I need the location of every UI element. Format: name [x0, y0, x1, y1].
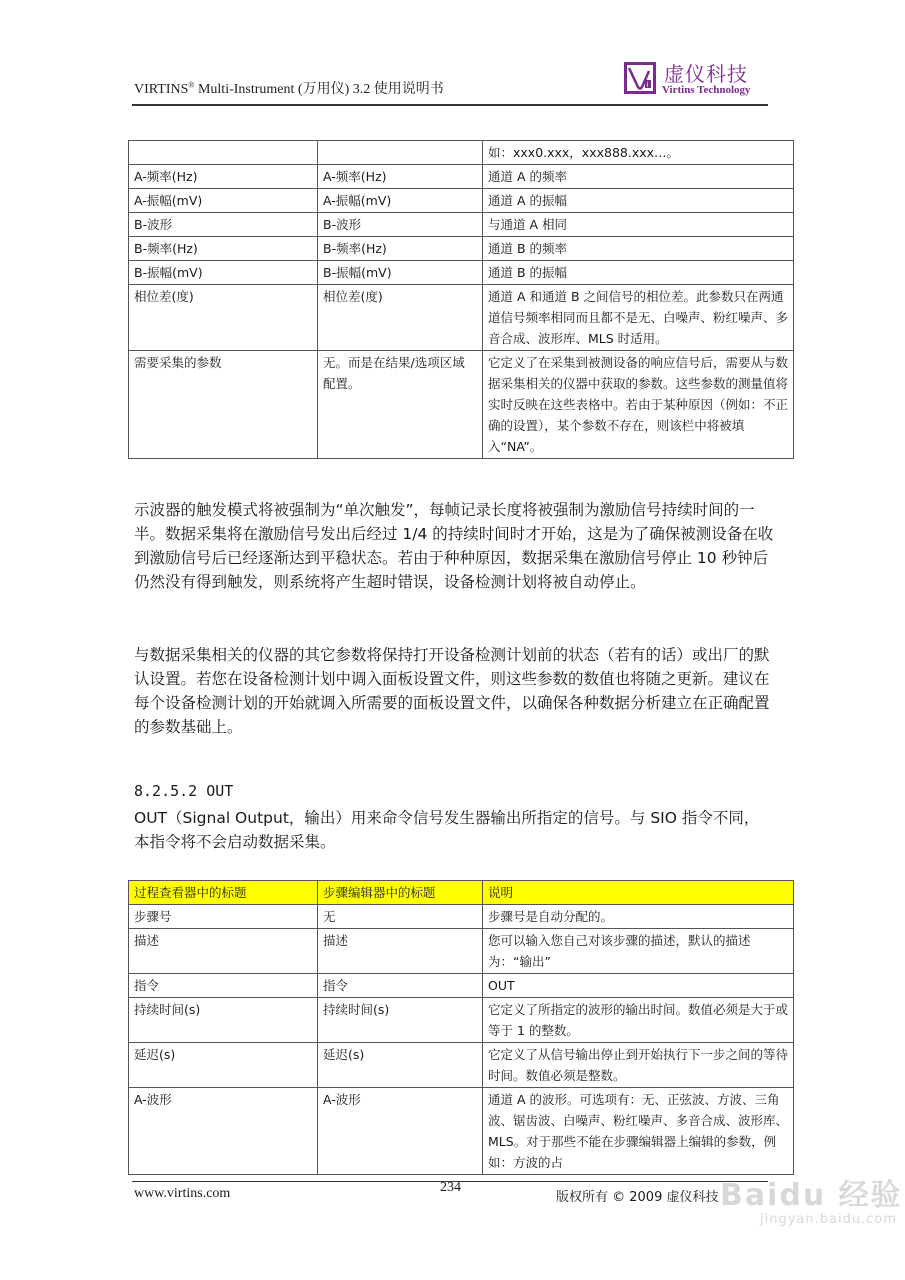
- table-cell: 通道 A 的波形。可选项有：无、正弦波、方波、三角波、锯齿波、白噪声、粉红噪声、…: [483, 1088, 794, 1175]
- watermark-main: Baidu 经验: [720, 1170, 903, 1214]
- table-row: B-振幅(mV)B-振幅(mV)通道 B 的振幅: [129, 261, 794, 285]
- table-cell: 与通道 A 相同: [483, 213, 794, 237]
- table-cell: B-振幅(mV): [129, 261, 318, 285]
- table-row: A-频率(Hz)A-频率(Hz)通道 A 的频率: [129, 165, 794, 189]
- table-cell: 您可以输入您自己对该步骤的描述，默认的描述为：“输出”: [483, 929, 794, 974]
- table-row: 延迟(s)延迟(s)它定义了从信号输出停止到开始执行下一步之间的等待时间。数值必…: [129, 1043, 794, 1088]
- table-row: 描述描述您可以输入您自己对该步骤的描述，默认的描述为：“输出”: [129, 929, 794, 974]
- watermark-sub: jingyan.baidu.com: [760, 1212, 903, 1227]
- table-row: 指令指令OUT: [129, 974, 794, 998]
- company-logo: i 虚仪科技 Virtins Technology: [624, 58, 774, 102]
- table-cell: 通道 B 的振幅: [483, 261, 794, 285]
- table-cell: B-频率(Hz): [129, 237, 318, 261]
- table-cell: 步骤号是自动分配的。: [483, 905, 794, 929]
- paragraph-instrument-params: 与数据采集相关的仪器的其它参数将保持打开设备检测计划前的状态（若有的话）或出厂的…: [134, 643, 774, 739]
- table-cell: A-振幅(mV): [129, 189, 318, 213]
- header-cell: 说明: [483, 881, 794, 905]
- table-cell: [129, 141, 318, 165]
- table-cell: A-振幅(mV): [318, 189, 483, 213]
- table-cell: B-振幅(mV): [318, 261, 483, 285]
- title-brand: VIRTINS: [134, 82, 188, 97]
- table-cell: 需要采集的参数: [129, 351, 318, 459]
- table-cell: 通道 B 的频率: [483, 237, 794, 261]
- table-cell: OUT: [483, 974, 794, 998]
- footer-website: www.virtins.com: [134, 1186, 230, 1202]
- title-rest: Multi-Instrument (万用仪) 3.2 使用说明书: [194, 82, 443, 97]
- table-row: 持续时间(s)持续时间(s)它定义了所指定的波形的输出时间。数值必须是大于或等于…: [129, 998, 794, 1043]
- table-cell: A-频率(Hz): [318, 165, 483, 189]
- table-cell: 通道 A 的频率: [483, 165, 794, 189]
- table-cell: [318, 141, 483, 165]
- table-header-row: 过程查看器中的标题 步骤编辑器中的标题 说明: [129, 881, 794, 905]
- table-cell: 相位差(度): [318, 285, 483, 351]
- table-cell: 延迟(s): [129, 1043, 318, 1088]
- table-cell: 无。而是在结果/选项区域配置。: [318, 351, 483, 459]
- table-cell: 无: [318, 905, 483, 929]
- table-cell: 指令: [318, 974, 483, 998]
- footer-copyright: 版权所有 © 2009 虚仪科技: [556, 1186, 718, 1205]
- table-row: A-波形A-波形通道 A 的波形。可选项有：无、正弦波、方波、三角波、锯齿波、白…: [129, 1088, 794, 1175]
- table-cell: 相位差(度): [129, 285, 318, 351]
- header-cell: 过程查看器中的标题: [129, 881, 318, 905]
- table-cell: B-波形: [318, 213, 483, 237]
- table-row: 如：xxx0.xxx，xxx888.xxx…。: [129, 141, 794, 165]
- table-cell: 持续时间(s): [129, 998, 318, 1043]
- page-number: 234: [440, 1180, 461, 1196]
- svg-text:i: i: [647, 81, 649, 89]
- document-title: VIRTINS® Multi-Instrument (万用仪) 3.2 使用说明…: [134, 78, 444, 98]
- table-cell: 持续时间(s): [318, 998, 483, 1043]
- table-cell: A-波形: [318, 1088, 483, 1175]
- table-row: B-波形B-波形与通道 A 相同: [129, 213, 794, 237]
- section-heading: 8.2.5.2 OUT: [134, 782, 233, 800]
- table-cell: B-频率(Hz): [318, 237, 483, 261]
- table-row: 相位差(度)相位差(度)通道 A 和通道 B 之间信号的相位差。此参数只在两通道…: [129, 285, 794, 351]
- table-cell: A-波形: [129, 1088, 318, 1175]
- table-row: A-振幅(mV)A-振幅(mV)通道 A 的振幅: [129, 189, 794, 213]
- table-cell: 描述: [318, 929, 483, 974]
- table-cell: B-波形: [129, 213, 318, 237]
- logo-chinese-name: 虚仪科技: [664, 58, 748, 87]
- table-cell: 延迟(s): [318, 1043, 483, 1088]
- table-cell: 步骤号: [129, 905, 318, 929]
- table-row: 需要采集的参数无。而是在结果/选项区域配置。它定义了在采集到被测设备的响应信号后…: [129, 351, 794, 459]
- parameter-table-continued: 如：xxx0.xxx，xxx888.xxx…。A-频率(Hz)A-频率(Hz)通…: [128, 140, 794, 459]
- table-row: 步骤号无步骤号是自动分配的。: [129, 905, 794, 929]
- table-cell: 它定义了所指定的波形的输出时间。数值必须是大于或等于 1 的整数。: [483, 998, 794, 1043]
- baidu-watermark: Baidu 经验 jingyan.baidu.com: [720, 1170, 903, 1227]
- table-cell: 如：xxx0.xxx，xxx888.xxx…。: [483, 141, 794, 165]
- table-row: B-频率(Hz)B-频率(Hz)通道 B 的频率: [129, 237, 794, 261]
- table-cell: 它定义了在采集到被测设备的响应信号后，需要从与数据采集相关的仪器中获取的参数。这…: [483, 351, 794, 459]
- logo-v-icon: i: [624, 62, 656, 94]
- table-cell: 描述: [129, 929, 318, 974]
- header-cell: 步骤编辑器中的标题: [318, 881, 483, 905]
- header-divider: [132, 104, 768, 106]
- table-cell: 通道 A 的振幅: [483, 189, 794, 213]
- table-cell: 它定义了从信号输出停止到开始执行下一步之间的等待时间。数值必须是整数。: [483, 1043, 794, 1088]
- paragraph-out-description: OUT（Signal Output，输出）用来命令信号发生器输出所指定的信号。与…: [134, 806, 774, 854]
- table-cell: 指令: [129, 974, 318, 998]
- logo-english-name: Virtins Technology: [662, 84, 751, 96]
- paragraph-trigger-mode: 示波器的触发模式将被强制为“单次触发”，每帧记录长度将被强制为激励信号持续时间的…: [134, 498, 774, 594]
- out-command-table: 过程查看器中的标题 步骤编辑器中的标题 说明 步骤号无步骤号是自动分配的。描述描…: [128, 880, 794, 1175]
- table-cell: 通道 A 和通道 B 之间信号的相位差。此参数只在两通道信号频率相同而且都不是无…: [483, 285, 794, 351]
- table-cell: A-频率(Hz): [129, 165, 318, 189]
